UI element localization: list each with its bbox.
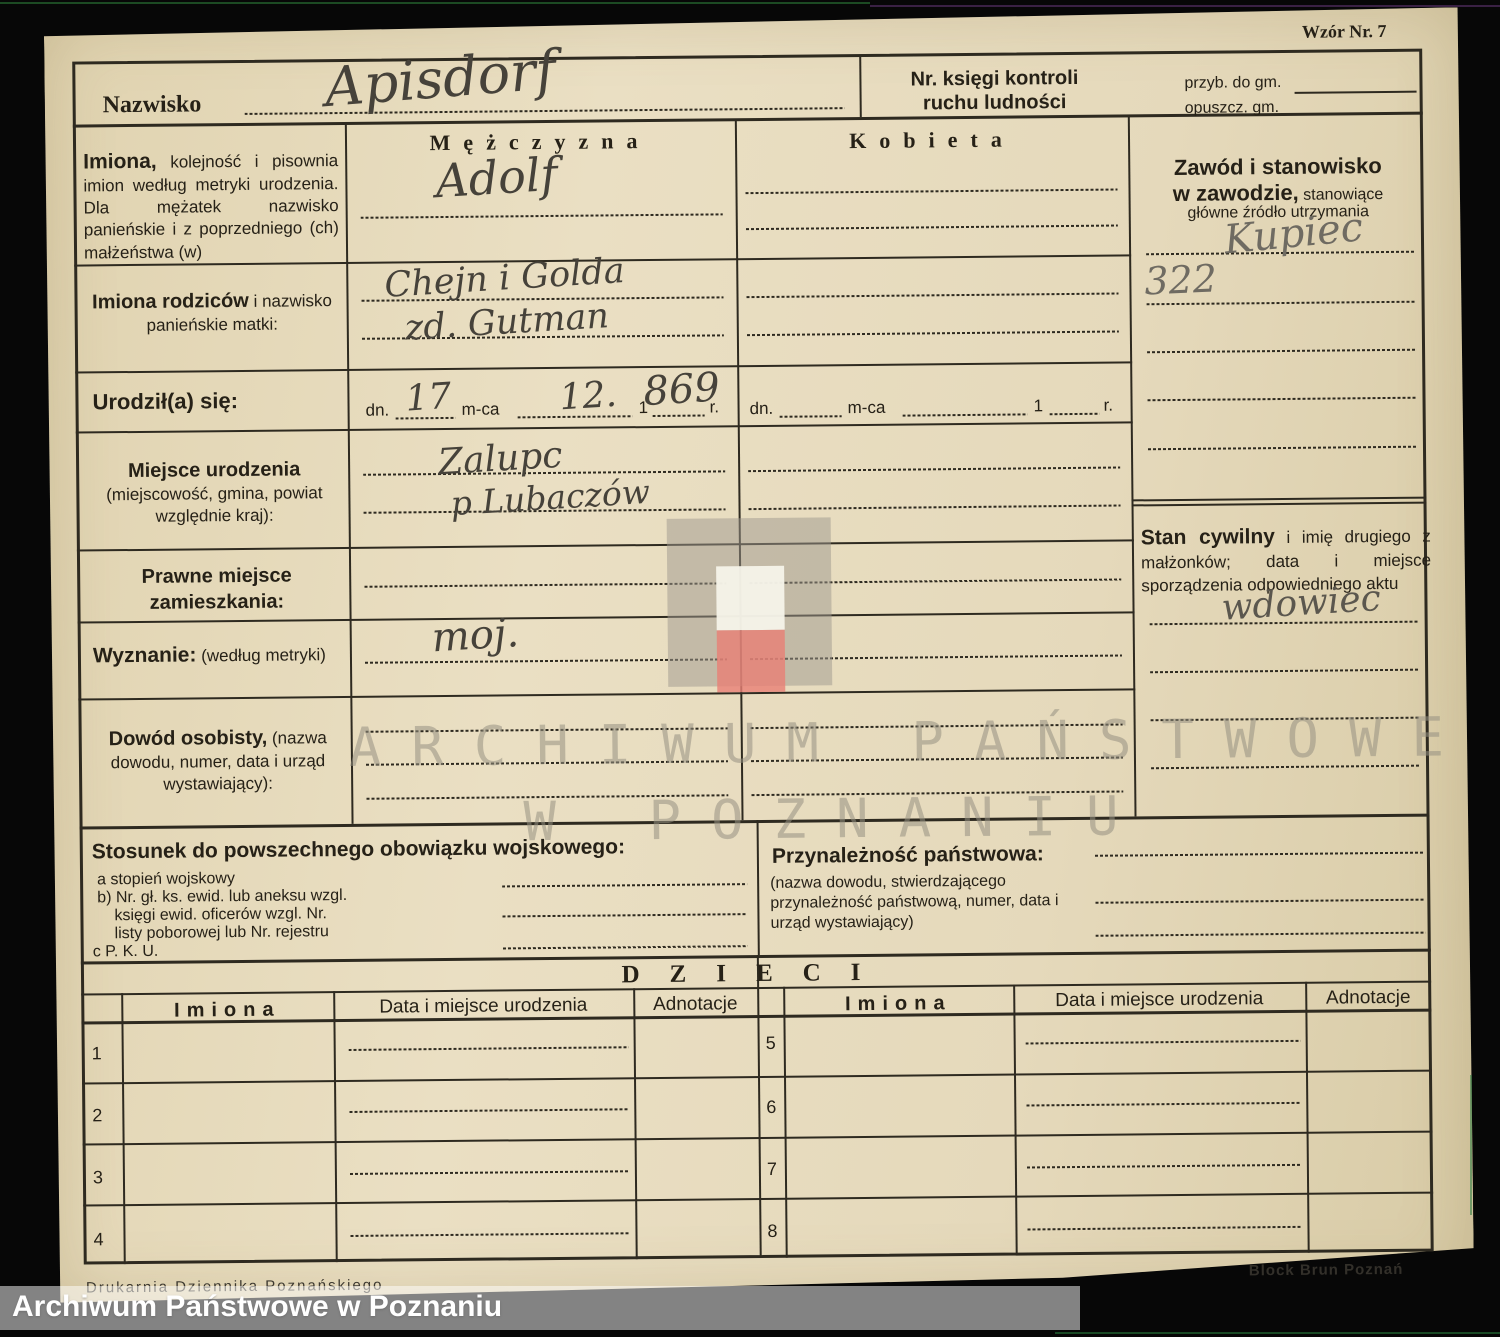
name-handwritten: Adolf (434, 147, 559, 208)
military-item-c: c P. K. U. (93, 942, 159, 963)
surname-label: Nazwisko (103, 89, 202, 121)
names-label: Imiona, kolejność i pisownia imion wedłu… (83, 146, 339, 264)
religion-label-text: (według metryki) (201, 645, 326, 665)
paper-tilt-group: Wzór Nr. 7 (0, 0, 1500, 1337)
born-day-label-woman: dn. (749, 398, 773, 420)
children-col-names-left: Imiona (121, 996, 333, 1024)
scan-artifact-line (1055, 1332, 1500, 1334)
children-col-notes-right: Adnotacje (1305, 986, 1431, 1012)
born-day-handwritten: 17 (404, 376, 452, 420)
watermark-text-line2: W POZNANIU (523, 784, 1149, 853)
children-row-number: 2 (92, 1104, 102, 1127)
left-commune-label: opuszcz. gm. (1185, 98, 1279, 120)
scan-artifact-line (0, 2, 870, 4)
scan-artifact-line (870, 5, 1500, 7)
children-row-number: 7 (767, 1158, 777, 1181)
column-header-woman: Kobieta (737, 124, 1127, 156)
children-col-birth-left: Data i miejsce urodzenia (333, 993, 633, 1021)
scan-artifact-line (1470, 1075, 1472, 1215)
children-row-number: 6 (766, 1096, 776, 1119)
occupation-number-handwritten: 322 (1143, 256, 1217, 303)
children-col-birth-right: Data i miejsce urodzenia (1013, 987, 1305, 1014)
printer-imprint-right: Block Brun Poznań (1249, 1260, 1404, 1281)
archive-overlay-text: Archiwum Państwowe w Poznaniu (12, 1290, 502, 1324)
children-col-notes-left: Adnotacje (633, 992, 757, 1018)
children-row-number: 3 (93, 1166, 103, 1189)
birthplace-label-text: (miejscowość, gmina, powiat względnie kr… (106, 483, 323, 526)
born-month-label-woman: m-ca (847, 397, 885, 419)
born-month-label-man: m-ca (461, 398, 499, 420)
occupation-title-text1: stanowiące (1303, 186, 1383, 204)
born-month-handwritten: 12. (558, 374, 618, 418)
birthplace-label: Miejsce urodzenia (miejscowość, gmina, p… (83, 456, 346, 529)
citizenship-subtitle: (nazwa dowodu, stwierdzającego przynależ… (770, 871, 1091, 934)
id-doc-label: Dowód osobisty, (nazwa dowodu, numer, da… (89, 724, 348, 797)
watermark-text-line1: ARCHIWUM PAŃSTWOWE (349, 705, 1475, 779)
marital-title-bold: Stan cywilny (1141, 525, 1275, 549)
children-row-number: 8 (767, 1220, 777, 1243)
children-row-number: 5 (766, 1032, 776, 1055)
born-label: Urodził(a) się: (92, 387, 238, 417)
religion-label: Wyznanie: (według metryki) (93, 640, 326, 670)
birthplace-handwritten-line1: Zalupc (437, 435, 564, 484)
registry-label-line2: ruchu ludności (875, 89, 1115, 117)
religion-handwritten: moj. (430, 610, 520, 661)
born-year-prefix-woman: 1 (1033, 395, 1043, 417)
archive-overlay-bar: Archiwum Państwowe w Poznaniu (0, 1286, 1080, 1330)
names-label-bold: Imiona, (83, 150, 157, 174)
born-year-handwritten: 869 (642, 364, 721, 415)
born-year-suffix-woman: r. (1103, 395, 1113, 417)
children-col-names-right: Imiona (783, 990, 1013, 1018)
scanned-document-page: Wzór Nr. 7 (0, 0, 1500, 1337)
children-row-number: 4 (93, 1228, 103, 1251)
birthplace-label-bold: Miejsce urodzenia (128, 458, 300, 482)
id-doc-label-bold: Dowód osobisty, (109, 727, 268, 751)
form-number: Wzór Nr. 7 (1302, 20, 1387, 44)
parents-label: Imiona rodziców i nazwisko panieńskie ma… (84, 287, 339, 338)
children-row-number: 1 (92, 1042, 102, 1065)
born-day-label-man: dn. (365, 400, 389, 422)
religion-label-bold: Wyznanie: (93, 643, 197, 667)
parents-label-bold: Imiona rodziców (92, 290, 249, 314)
residence-label: Prawne miejsce zamieszkania: (94, 562, 339, 616)
archive-logo-white-square (716, 566, 785, 631)
arrived-commune-label: przyb. do gm. (1184, 73, 1281, 95)
archive-logo-red-square (717, 630, 786, 693)
